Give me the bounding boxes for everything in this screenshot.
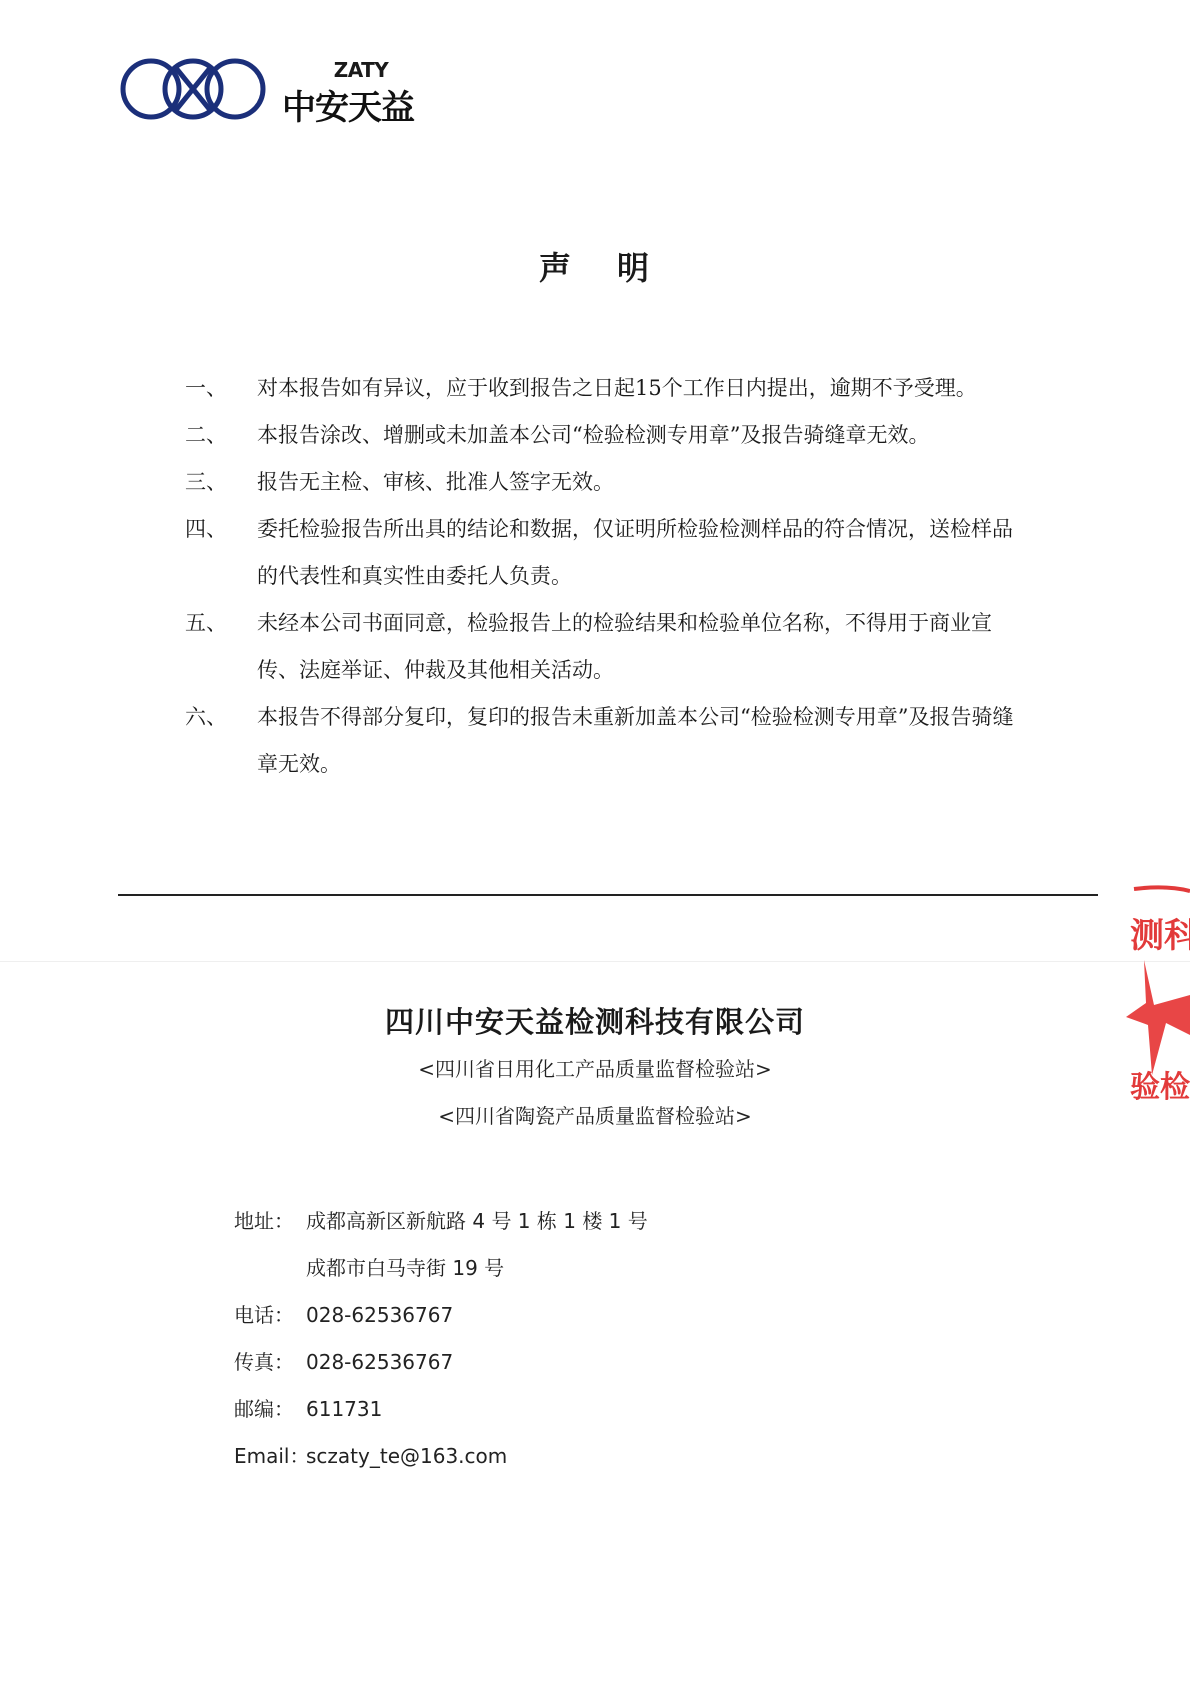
station-name: <四川省日用化工产品质量监督检验站> — [0, 1053, 1190, 1082]
contact-info: 地址：成都高新区新航路 4 号 1 栋 1 楼 1 号 成都市白马寺街 19 号… — [234, 1198, 648, 1480]
phone-row: 电话：028-62536767 — [234, 1292, 648, 1339]
company-logo: ZATY 中安天益 — [118, 52, 418, 122]
svg-text:测科: 测科 — [1130, 916, 1190, 956]
clause-item: 六、本报告不得部分复印，复印的报告未重新加盖本公司“检验检测专用章”及报告骑缝章… — [185, 694, 1025, 788]
postcode-row: 邮编：611731 — [234, 1386, 648, 1433]
clause-number: 四、 — [185, 506, 227, 553]
title-char-1: 声 — [539, 243, 573, 289]
email-label: Email： — [234, 1433, 306, 1480]
clause-item: 四、委托检验报告所出具的结论和数据，仅证明所检验检测样品的符合情况，送检样品的代… — [185, 506, 1025, 600]
clause-text: 对本报告如有异议，应于收到报告之日起15个工作日内提出，逾期不予受理。 — [257, 376, 977, 400]
clause-number: 一、 — [185, 365, 227, 412]
logo-chinese-text: 中安天益 — [282, 80, 414, 129]
scan-fold-line — [0, 961, 1190, 962]
company-name: 四川中安天益检测科技有限公司 — [0, 1000, 1190, 1041]
clause-text: 本报告不得部分复印，复印的报告未重新加盖本公司“检验检测专用章”及报告骑缝章无效… — [257, 705, 1013, 776]
logo-english-text: ZATY — [316, 58, 406, 82]
clause-text: 本报告涂改、增删或未加盖本公司“检验检测专用章”及报告骑缝章无效。 — [257, 423, 929, 447]
station-name: <四川省陶瓷产品质量监督检验站> — [0, 1100, 1190, 1129]
address-value: 成都高新区新航路 4 号 1 栋 1 楼 1 号 — [306, 1209, 648, 1233]
postcode-label: 邮编： — [234, 1386, 306, 1433]
phone-label: 电话： — [234, 1292, 306, 1339]
address-row-2: 成都市白马寺街 19 号 — [234, 1245, 648, 1292]
fax-value: 028-62536767 — [306, 1350, 453, 1374]
clause-text: 未经本公司书面同意，检验报告上的检验结果和检验单位名称，不得用于商业宣传、法庭举… — [257, 611, 992, 682]
clause-item: 一、对本报告如有异议，应于收到报告之日起15个工作日内提出，逾期不予受理。 — [185, 365, 1025, 412]
fax-label: 传真： — [234, 1339, 306, 1386]
clause-item: 二、本报告涂改、增删或未加盖本公司“检验检测专用章”及报告骑缝章无效。 — [185, 412, 1025, 459]
email-row: Email：sczaty_te@163.com — [234, 1433, 648, 1480]
email-value[interactable]: sczaty_te@163.com — [306, 1444, 507, 1468]
three-rings-logo-icon — [118, 56, 268, 122]
clause-item: 三、报告无主检、审核、批准人签字无效。 — [185, 459, 1025, 506]
clause-item: 五、未经本公司书面同意，检验报告上的检验结果和检验单位名称，不得用于商业宣传、法… — [185, 600, 1025, 694]
phone-value: 028-62536767 — [306, 1303, 453, 1327]
title-char-2: 明 — [617, 243, 651, 289]
clause-number: 二、 — [185, 412, 227, 459]
clause-number: 六、 — [185, 694, 227, 741]
section-divider — [118, 894, 1098, 896]
declaration-clauses: 一、对本报告如有异议，应于收到报告之日起15个工作日内提出，逾期不予受理。 二、… — [185, 365, 1025, 788]
clause-number: 三、 — [185, 459, 227, 506]
clause-number: 五、 — [185, 600, 227, 647]
postcode-value: 611731 — [306, 1397, 382, 1421]
page-title: 声明 — [0, 243, 1190, 289]
address-value-2: 成都市白马寺街 19 号 — [306, 1256, 504, 1280]
fax-row: 传真：028-62536767 — [234, 1339, 648, 1386]
clause-text: 报告无主检、审核、批准人签字无效。 — [257, 470, 614, 494]
address-row: 地址：成都高新区新航路 4 号 1 栋 1 楼 1 号 — [234, 1198, 648, 1245]
address-label: 地址： — [234, 1198, 306, 1245]
clause-text: 委托检验报告所出具的结论和数据，仅证明所检验检测样品的符合情况，送检样品的代表性… — [257, 517, 1013, 588]
